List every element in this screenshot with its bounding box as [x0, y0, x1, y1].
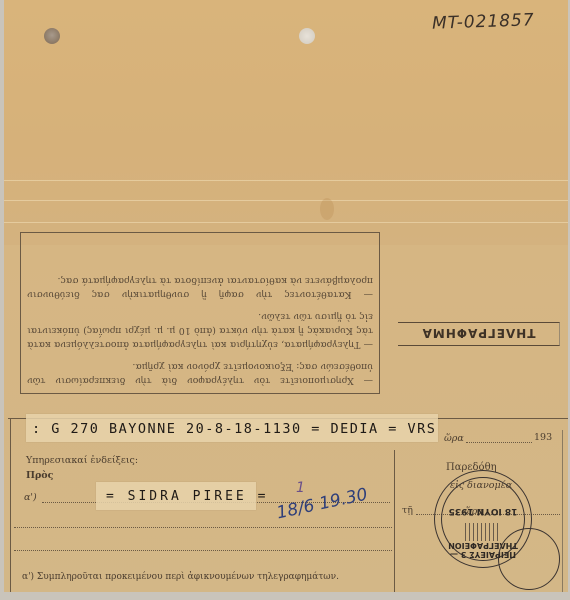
fold-line [4, 222, 568, 223]
form-column-divider [394, 450, 395, 592]
postmark-date: 18 ΙΟΥΝ 1935 [449, 506, 518, 516]
to-label: Πρὸς [26, 470, 53, 481]
punch-hole [44, 28, 60, 44]
instructions-box: — Χρησιμοποιεῖτε τὸν τηλέγραφον διὰ τὴν … [20, 232, 380, 394]
hour-label: ὥρα [444, 433, 464, 444]
secondary-stamp-circle [498, 528, 560, 590]
recipient-typed: = SIDRA PIREE = [106, 489, 268, 504]
instruction-item: — Καταθέτοντες τὴν σαφῆ ἢ συνθηματικὴν σ… [27, 273, 373, 301]
form-left-border [10, 418, 11, 592]
handwritten-mark: 1 [296, 480, 305, 496]
fold-line [4, 180, 568, 181]
hour-line [466, 442, 532, 443]
form-title-box: ΤΗΛΕΓΡΑΦΗΜΑ [398, 322, 560, 346]
address-line-2 [14, 527, 392, 528]
typed-header-text: : G 270 BAYONNE 20-8-18-1130 = DEDIA = V… [32, 421, 436, 437]
form-right-border [562, 430, 563, 592]
service-indications-label: Υπηρεσιακαί ἐνδείξεις: [26, 455, 138, 466]
instruction-item: — Χρησιμοποιεῖτε τὸν τηλέγραφον διὰ τὴν … [27, 359, 373, 387]
address-line-3 [14, 550, 392, 551]
stain [320, 198, 334, 220]
line-a-label: α') [24, 492, 37, 503]
reference-number: MT-021857 [432, 10, 535, 34]
envelope-flap [4, 0, 568, 245]
telegram-form: MT-021857 — Χρησιμοποιεῖτε τὸν τηλέγραφο… [4, 0, 568, 592]
scan-background [0, 592, 570, 600]
punch-hole [299, 28, 315, 44]
year-label: 193 [534, 432, 552, 443]
instructions-text: — Χρησιμοποιεῖτε τὸν τηλέγραφον διὰ τὴν … [27, 239, 373, 387]
form-title: ΤΗΛΕΓΡΑΦΗΜΑ [398, 326, 559, 340]
instruction-item: — Τηλεγραφήματα, εὐχητήρια καὶ τηλεγραφή… [27, 309, 373, 351]
fold-line [4, 200, 568, 201]
postmark-bars [465, 523, 501, 541]
day-label: τῇ [402, 505, 413, 516]
footnote: α') Συμπληροῦται προκειμένου περὶ ἀφικνο… [22, 572, 339, 582]
